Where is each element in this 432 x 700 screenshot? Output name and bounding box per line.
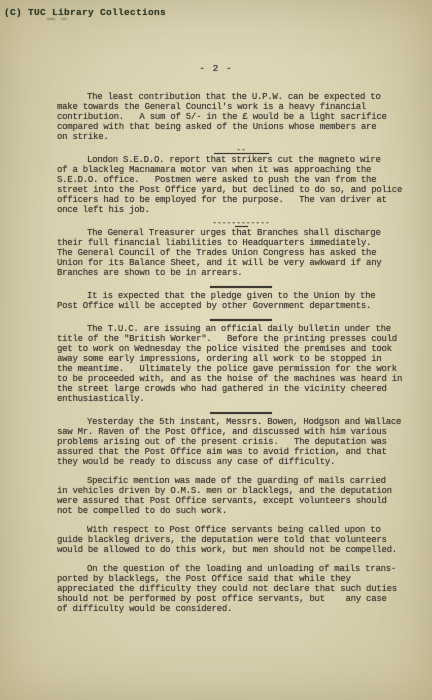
- text-line: The General Council of the Trades Union …: [57, 248, 425, 258]
- text-line: of difficulty would be considered.: [57, 604, 425, 614]
- text-line: in vehicles driven by O.M.S. men or blac…: [57, 486, 425, 496]
- text-line: guide blackleg drivers, the deputation w…: [57, 535, 425, 545]
- document-page: (C) TUC Library Collections - 2 - The le…: [0, 0, 432, 700]
- text-line: The T.U.C. are issuing an official daily…: [57, 324, 425, 334]
- text-line: were assured that Post Office servants, …: [57, 496, 425, 506]
- text-line: S.E.D.O. office. Postmen were asked to p…: [57, 175, 425, 185]
- text-line: of a blackleg Macnamara motor van when i…: [57, 165, 425, 175]
- paragraph: It is expected that the pledge given to …: [57, 291, 425, 311]
- paragraph: Specific mention was made of the guardin…: [57, 476, 425, 516]
- text-line: problems arising out of the present cris…: [57, 437, 425, 447]
- text-line: get to work on Wednesday the police visi…: [57, 344, 425, 354]
- text-line: Yesterday the 5th instant, Messrs. Bowen…: [57, 417, 425, 427]
- separator-rule: [210, 286, 272, 288]
- document-body: The least contribution that the U.P.W. c…: [57, 92, 425, 623]
- text-line: the meantime. Ultimately the police gave…: [57, 364, 425, 374]
- text-line: enthusiastically.: [57, 394, 425, 404]
- text-line: Union for its Balance Sheet, and it will…: [57, 258, 425, 268]
- separator: [57, 283, 425, 291]
- text-line: With respect to Post Office servants bei…: [57, 525, 425, 535]
- paragraph: The least contribution that the U.P.W. c…: [57, 92, 425, 142]
- text-line: contribution. A sum of 5/- in the £ woul…: [57, 112, 425, 122]
- text-line: ported by blacklegs, the Post Office sai…: [57, 574, 425, 584]
- page-number: - 2 -: [0, 63, 432, 74]
- text-line: once left his job.: [57, 205, 425, 215]
- separator: [57, 409, 425, 417]
- separator-rule: [235, 226, 248, 227]
- text-line: Branches are shown to be in arrears.: [57, 268, 425, 278]
- paragraph: The General Treasurer urges that Branche…: [57, 228, 425, 278]
- paragraph: The T.U.C. are issuing an official daily…: [57, 324, 425, 404]
- text-line: assured that the Post Office aim was to …: [57, 447, 425, 457]
- paragraph: With respect to Post Office servants bei…: [57, 525, 425, 555]
- text-line: Specific mention was made of the guardin…: [57, 476, 425, 486]
- text-line: appreciated the difficulty they could no…: [57, 584, 425, 594]
- separator: [57, 316, 425, 324]
- text-line: On the question of the loading and unloa…: [57, 564, 425, 574]
- text-line: they would be ready to discuss any case …: [57, 457, 425, 467]
- paragraph: Yesterday the 5th instant, Messrs. Bowen…: [57, 417, 425, 467]
- text-line: would be allowed to do this work, but me…: [57, 545, 425, 555]
- text-line: make towards the General Council's work …: [57, 102, 425, 112]
- text-line: their full financial liabilities to Head…: [57, 238, 425, 248]
- text-line: Post Office will be accepted by other Go…: [57, 301, 425, 311]
- separator-rule: [210, 319, 272, 321]
- text-line: should not be performed by post office s…: [57, 594, 425, 604]
- text-line: on strike.: [57, 132, 425, 142]
- text-line: to be proceeded with, and as the hoise o…: [57, 374, 425, 384]
- text-line: not be compelled to do such work.: [57, 506, 425, 516]
- text-line: title of the "British Worker". Before th…: [57, 334, 425, 344]
- paragraph: On the question of the loading and unloa…: [57, 564, 425, 614]
- separator: ------------: [57, 220, 425, 228]
- text-line: the street large crowds who had gathered…: [57, 384, 425, 394]
- text-line: The General Treasurer urges that Branche…: [57, 228, 425, 238]
- paragraph: London S.E.D.O. report that strikers cut…: [57, 155, 425, 215]
- pencil-mark: [47, 18, 77, 20]
- watermark: (C) TUC Library Collections: [4, 7, 166, 18]
- separator-rule: [210, 412, 272, 414]
- separator: --: [57, 147, 425, 155]
- text-line: officers had to be employed for the purp…: [57, 195, 425, 205]
- text-line: The least contribution that the U.P.W. c…: [57, 92, 425, 102]
- text-line: saw Mr. Raven of the Post Office, and di…: [57, 427, 425, 437]
- text-line: street into the Post Office yard, but de…: [57, 185, 425, 195]
- text-line: away some early impressions, ordering al…: [57, 354, 425, 364]
- text-line: compared with that being asked of the Un…: [57, 122, 425, 132]
- text-line: It is expected that the pledge given to …: [57, 291, 425, 301]
- text-line: London S.E.D.O. report that strikers cut…: [57, 155, 425, 165]
